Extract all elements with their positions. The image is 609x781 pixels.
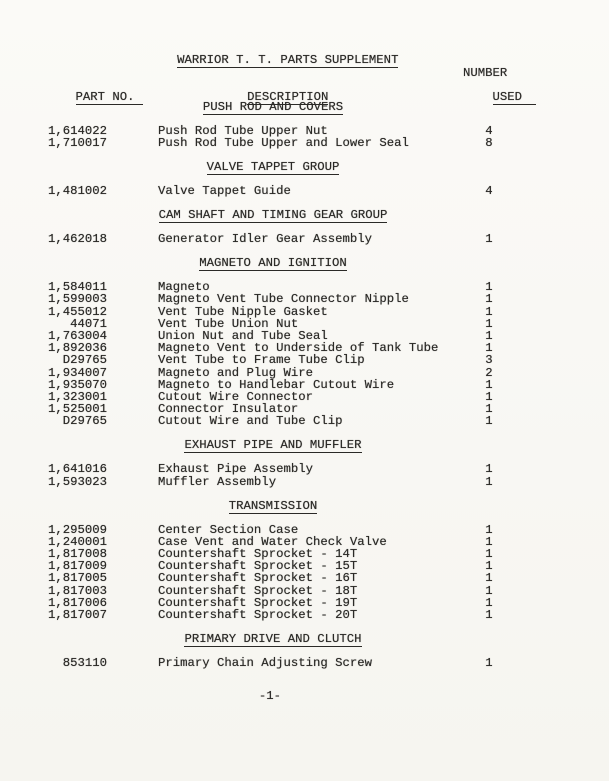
- quantity-cell: 3: [462, 354, 516, 366]
- quantity-cell: 1: [462, 306, 516, 318]
- quantity-cell: 2: [462, 367, 516, 379]
- quantity-cell: 1: [462, 293, 516, 305]
- quantity-cell: 1: [462, 572, 516, 584]
- quantity-cell: 1: [462, 233, 516, 245]
- part-number-cell: 1,481002: [0, 185, 107, 197]
- part-row: 1,710017Push Rod Tube Upper and Lower Se…: [0, 137, 609, 149]
- section-heading-text: CAM SHAFT AND TIMING GEAR GROUP: [159, 209, 388, 223]
- description-cell: Push Rod Tube Upper Nut: [158, 125, 328, 137]
- part-number-cell: 1,710017: [0, 137, 107, 149]
- description-cell: Primary Chain Adjusting Screw: [158, 657, 372, 669]
- part-row: 1,641016Exhaust Pipe Assembly1: [0, 463, 609, 475]
- part-row: 1,455012Vent Tube Nipple Gasket1: [0, 306, 609, 318]
- quantity-cell: 1: [462, 463, 516, 475]
- description-cell: Countershaft Sprocket - 14T: [158, 548, 357, 560]
- part-number-cell: 1,462018: [0, 233, 107, 245]
- part-number-cell: 44071: [0, 318, 107, 330]
- quantity-cell: 1: [462, 524, 516, 536]
- part-row: 1,525001Connector Insulator1: [0, 403, 609, 415]
- part-number-cell: 1,763004: [0, 330, 107, 342]
- part-number-cell: D29765: [0, 354, 107, 366]
- part-row: 1,934007Magneto and Plug Wire2: [0, 367, 609, 379]
- column-header-number: NUMBER: [463, 67, 507, 79]
- part-number-cell: 1,614022: [0, 125, 107, 137]
- quantity-cell: 1: [462, 536, 516, 548]
- section-heading: PRIMARY DRIVE AND CLUTCH: [0, 633, 546, 647]
- section-heading: CAM SHAFT AND TIMING GEAR GROUP: [0, 209, 546, 223]
- description-cell: Case Vent and Water Check Valve: [158, 536, 387, 548]
- description-cell: Magneto Vent Tube Connector Nipple: [158, 293, 409, 305]
- part-row: D29765Vent Tube to Frame Tube Clip3: [0, 354, 609, 366]
- quantity-cell: 1: [462, 609, 516, 621]
- part-number-cell: 1,323001: [0, 391, 107, 403]
- part-number-cell: 1,892036: [0, 342, 107, 354]
- description-cell: Connector Insulator: [158, 403, 298, 415]
- section-heading-text: TRANSMISSION: [229, 500, 318, 514]
- part-row: 1,892036Magneto Vent to Underside of Tan…: [0, 342, 609, 354]
- description-cell: Magneto: [158, 281, 210, 293]
- section-heading: VALVE TAPPET GROUP: [0, 161, 546, 175]
- part-number-cell: 1,240001: [0, 536, 107, 548]
- part-number-cell: 1,817008: [0, 548, 107, 560]
- section-heading: PUSH ROD AND COVERS: [0, 101, 546, 115]
- part-row: 1,584011Magneto1: [0, 281, 609, 293]
- part-row: 1,817006Countershaft Sprocket - 19T1: [0, 597, 609, 609]
- description-cell: Muffler Assembly: [158, 476, 276, 488]
- part-row: 1,462018Generator Idler Gear Assembly1: [0, 233, 609, 245]
- quantity-cell: 8: [462, 137, 516, 149]
- parts-supplement-page: WARRIOR T. T. PARTS SUPPLEMENT NUMBER US…: [0, 0, 609, 781]
- part-row: 1,481002Valve Tappet Guide4: [0, 185, 609, 197]
- description-cell: Countershaft Sprocket - 20T: [158, 609, 357, 621]
- quantity-cell: 1: [462, 342, 516, 354]
- section-heading-text: MAGNETO AND IGNITION: [199, 257, 347, 271]
- section-heading-text: PRIMARY DRIVE AND CLUTCH: [184, 633, 361, 647]
- part-row: 1,599003Magneto Vent Tube Connector Nipp…: [0, 293, 609, 305]
- description-cell: Countershaft Sprocket - 19T: [158, 597, 357, 609]
- part-number-cell: D29765: [0, 415, 107, 427]
- description-cell: Vent Tube Union Nut: [158, 318, 298, 330]
- part-number-cell: 1,817006: [0, 597, 107, 609]
- section-heading: MAGNETO AND IGNITION: [0, 257, 546, 271]
- quantity-cell: 1: [462, 318, 516, 330]
- part-number-cell: 1,455012: [0, 306, 107, 318]
- description-cell: Generator Idler Gear Assembly: [158, 233, 372, 245]
- description-cell: Countershaft Sprocket - 18T: [158, 585, 357, 597]
- part-number-cell: 1,295009: [0, 524, 107, 536]
- part-row: 1,817008Countershaft Sprocket - 14T1: [0, 548, 609, 560]
- description-cell: Valve Tappet Guide: [158, 185, 291, 197]
- part-row: 853110Primary Chain Adjusting Screw1: [0, 657, 609, 669]
- part-row: 1,295009Center Section Case1: [0, 524, 609, 536]
- description-cell: Magneto Vent to Underside of Tank Tube: [158, 342, 438, 354]
- description-cell: Push Rod Tube Upper and Lower Seal: [158, 137, 409, 149]
- part-row: 1,323001Cutout Wire Connector1: [0, 391, 609, 403]
- quantity-cell: 1: [462, 281, 516, 293]
- description-cell: Center Section Case: [158, 524, 298, 536]
- part-number-cell: 1,817009: [0, 560, 107, 572]
- part-row: 1,817009Countershaft Sprocket - 15T1: [0, 560, 609, 572]
- section-heading-text: EXHAUST PIPE AND MUFFLER: [184, 439, 361, 453]
- part-number-cell: 1,817005: [0, 572, 107, 584]
- description-cell: Exhaust Pipe Assembly: [158, 463, 313, 475]
- part-number-cell: 1,584011: [0, 281, 107, 293]
- part-row: 1,240001Case Vent and Water Check Valve1: [0, 536, 609, 548]
- part-number-cell: 1,641016: [0, 463, 107, 475]
- quantity-cell: 1: [462, 657, 516, 669]
- section-heading: EXHAUST PIPE AND MUFFLER: [0, 439, 546, 453]
- quantity-cell: 1: [462, 585, 516, 597]
- part-row: 1,817003Countershaft Sprocket - 18T1: [0, 585, 609, 597]
- description-cell: Countershaft Sprocket - 16T: [158, 572, 357, 584]
- description-cell: Vent Tube to Frame Tube Clip: [158, 354, 365, 366]
- part-number-cell: 853110: [0, 657, 107, 669]
- quantity-cell: 1: [462, 560, 516, 572]
- part-row: 1,763004Union Nut and Tube Seal1: [0, 330, 609, 342]
- quantity-cell: 1: [462, 391, 516, 403]
- quantity-cell: 1: [462, 597, 516, 609]
- quantity-cell: 1: [462, 476, 516, 488]
- part-row: D29765Cutout Wire and Tube Clip1: [0, 415, 609, 427]
- description-cell: Magneto and Plug Wire: [158, 367, 313, 379]
- part-number-cell: 1,525001: [0, 403, 107, 415]
- section-heading-text: VALVE TAPPET GROUP: [207, 161, 340, 175]
- description-cell: Countershaft Sprocket - 15T: [158, 560, 357, 572]
- page-number: -1-: [0, 690, 540, 702]
- part-row: 1,614022Push Rod Tube Upper Nut4: [0, 125, 609, 137]
- part-row: 1,817005Countershaft Sprocket - 16T1: [0, 572, 609, 584]
- quantity-cell: 1: [462, 415, 516, 427]
- quantity-cell: 4: [462, 185, 516, 197]
- description-cell: Union Nut and Tube Seal: [158, 330, 328, 342]
- part-number-cell: 1,593023: [0, 476, 107, 488]
- quantity-cell: 1: [462, 548, 516, 560]
- part-number-cell: 1,599003: [0, 293, 107, 305]
- part-row: 1,817007Countershaft Sprocket - 20T1: [0, 609, 609, 621]
- description-cell: Magneto to Handlebar Cutout Wire: [158, 379, 394, 391]
- part-number-cell: 1,935070: [0, 379, 107, 391]
- part-row: 1,593023Muffler Assembly1: [0, 476, 609, 488]
- part-number-cell: 1,817007: [0, 609, 107, 621]
- section-heading-text: PUSH ROD AND COVERS: [203, 101, 343, 115]
- description-cell: Vent Tube Nipple Gasket: [158, 306, 328, 318]
- description-cell: Cutout Wire and Tube Clip: [158, 415, 342, 427]
- section-heading: TRANSMISSION: [0, 500, 546, 514]
- quantity-cell: 1: [462, 379, 516, 391]
- part-number-cell: 1,934007: [0, 367, 107, 379]
- description-cell: Cutout Wire Connector: [158, 391, 313, 403]
- quantity-cell: 4: [462, 125, 516, 137]
- part-row: 44071Vent Tube Union Nut1: [0, 318, 609, 330]
- page-title: WARRIOR T. T. PARTS SUPPLEMENT: [177, 54, 398, 68]
- quantity-cell: 1: [462, 403, 516, 415]
- quantity-cell: 1: [462, 330, 516, 342]
- part-row: 1,935070Magneto to Handlebar Cutout Wire…: [0, 379, 609, 391]
- part-number-cell: 1,817003: [0, 585, 107, 597]
